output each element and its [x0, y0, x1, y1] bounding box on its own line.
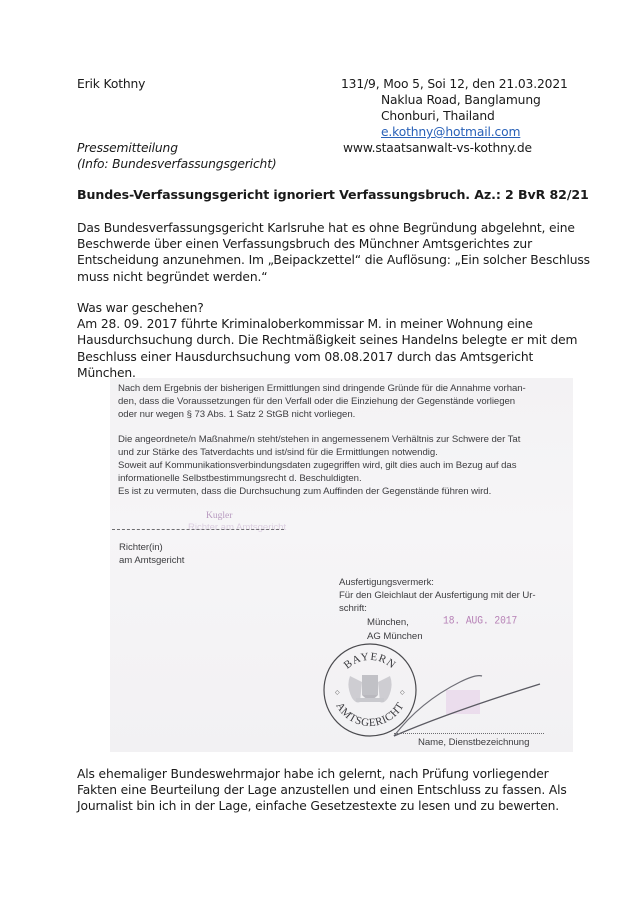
paragraph-intro: Das Bundesverfassungsgericht Karlsruhe h… — [77, 220, 577, 285]
document-type: Pressemitteilung — [77, 140, 178, 156]
name-line — [394, 733, 544, 734]
paragraph-what-happened: Was war geschehen? Am 28. 09. 2017 führt… — [77, 300, 577, 381]
website: www.staatsanwalt-vs-kothny.de — [343, 140, 532, 156]
text-line: Journalist bin ich in der Lage, einfache… — [77, 798, 577, 814]
text-line: Das Bundesverfassungsgericht Karlsruhe h… — [77, 220, 577, 236]
judge-stamp-name: Kugler — [206, 510, 232, 522]
ausfertigung-text-2: schrift: — [339, 603, 367, 615]
judge-label-1: Richter(in) — [119, 542, 163, 554]
signature-icon — [390, 662, 573, 742]
text-line: Als ehemaliger Bundeswehrmajor habe ich … — [77, 766, 577, 782]
scan-text-line: Nach dem Ergebnis der bisherigen Ermittl… — [118, 383, 526, 395]
address-line-1: 131/9, Moo 5, Soi 12, den 21.03.2021 — [341, 76, 568, 92]
text-line: Am 28. 09. 2017 führte Kriminaloberkommi… — [77, 316, 577, 332]
text-line: Beschluss einer Hausdurchsuchung vom 08.… — [77, 349, 577, 365]
scan-text-line: und zur Stärke des Tatverdachts und ist/… — [118, 447, 438, 459]
paragraph-background: Als ehemaliger Bundeswehrmajor habe ich … — [77, 766, 577, 815]
scan-text-line: Soweit auf Kommunikationsverbindungsdate… — [118, 460, 516, 472]
email-link[interactable]: e.kothny@hotmail.com — [381, 124, 520, 140]
address-line-2: Naklua Road, Banglamung — [381, 92, 541, 108]
signature-line — [112, 529, 284, 530]
address-line-3: Chonburi, Thailand — [381, 108, 495, 124]
text-line: Hausdurchsuchung durch. Die Rechtmäßigke… — [77, 332, 577, 348]
info-note: (Info: Bundesverfassungsgericht) — [77, 156, 277, 172]
text-line: Was war geschehen? — [77, 300, 577, 316]
text-line: muss nicht begründet werden.“ — [77, 269, 577, 285]
name-label: Name, Dienstbezeichnung — [418, 737, 529, 749]
ausfertigung-text-1: Für den Gleichlaut der Ausfertigung mit … — [339, 590, 536, 602]
scan-text-line: oder nur wegen § 73 Abs. 1 Satz 2 StGB n… — [118, 409, 355, 421]
text-line: Beschwerde über einen Verfassungsbruch d… — [77, 236, 577, 252]
text-line: Fakten eine Beurteilung der Lage anzuste… — [77, 782, 577, 798]
ausfertigung-label: Ausfertigungsvermerk: — [339, 577, 434, 589]
judge-label-2: am Amtsgericht — [119, 555, 184, 567]
text-line: Entscheidung anzunehmen. Im „Beipackzett… — [77, 252, 577, 268]
scan-text-line: den, dass die Voraussetzungen für den Ve… — [118, 396, 515, 408]
svg-text:◇: ◇ — [335, 690, 340, 696]
scanned-court-order: Nach dem Ergebnis der bisherigen Ermittl… — [110, 378, 573, 752]
scan-text-line: informationelle Selbstbestimmungsrecht d… — [118, 473, 362, 485]
document-title: Bundes-Verfassungsgericht ignoriert Verf… — [77, 187, 589, 203]
place: München, — [367, 617, 409, 629]
scan-text-line: Es ist zu vermuten, dass die Durchsuchun… — [118, 486, 491, 498]
author-name: Erik Kothny — [77, 76, 145, 92]
date-stamp: 18. AUG. 2017 — [443, 614, 517, 628]
scan-text-line: Die angeordnete/n Maßnahme/n steht/stehe… — [118, 434, 520, 446]
